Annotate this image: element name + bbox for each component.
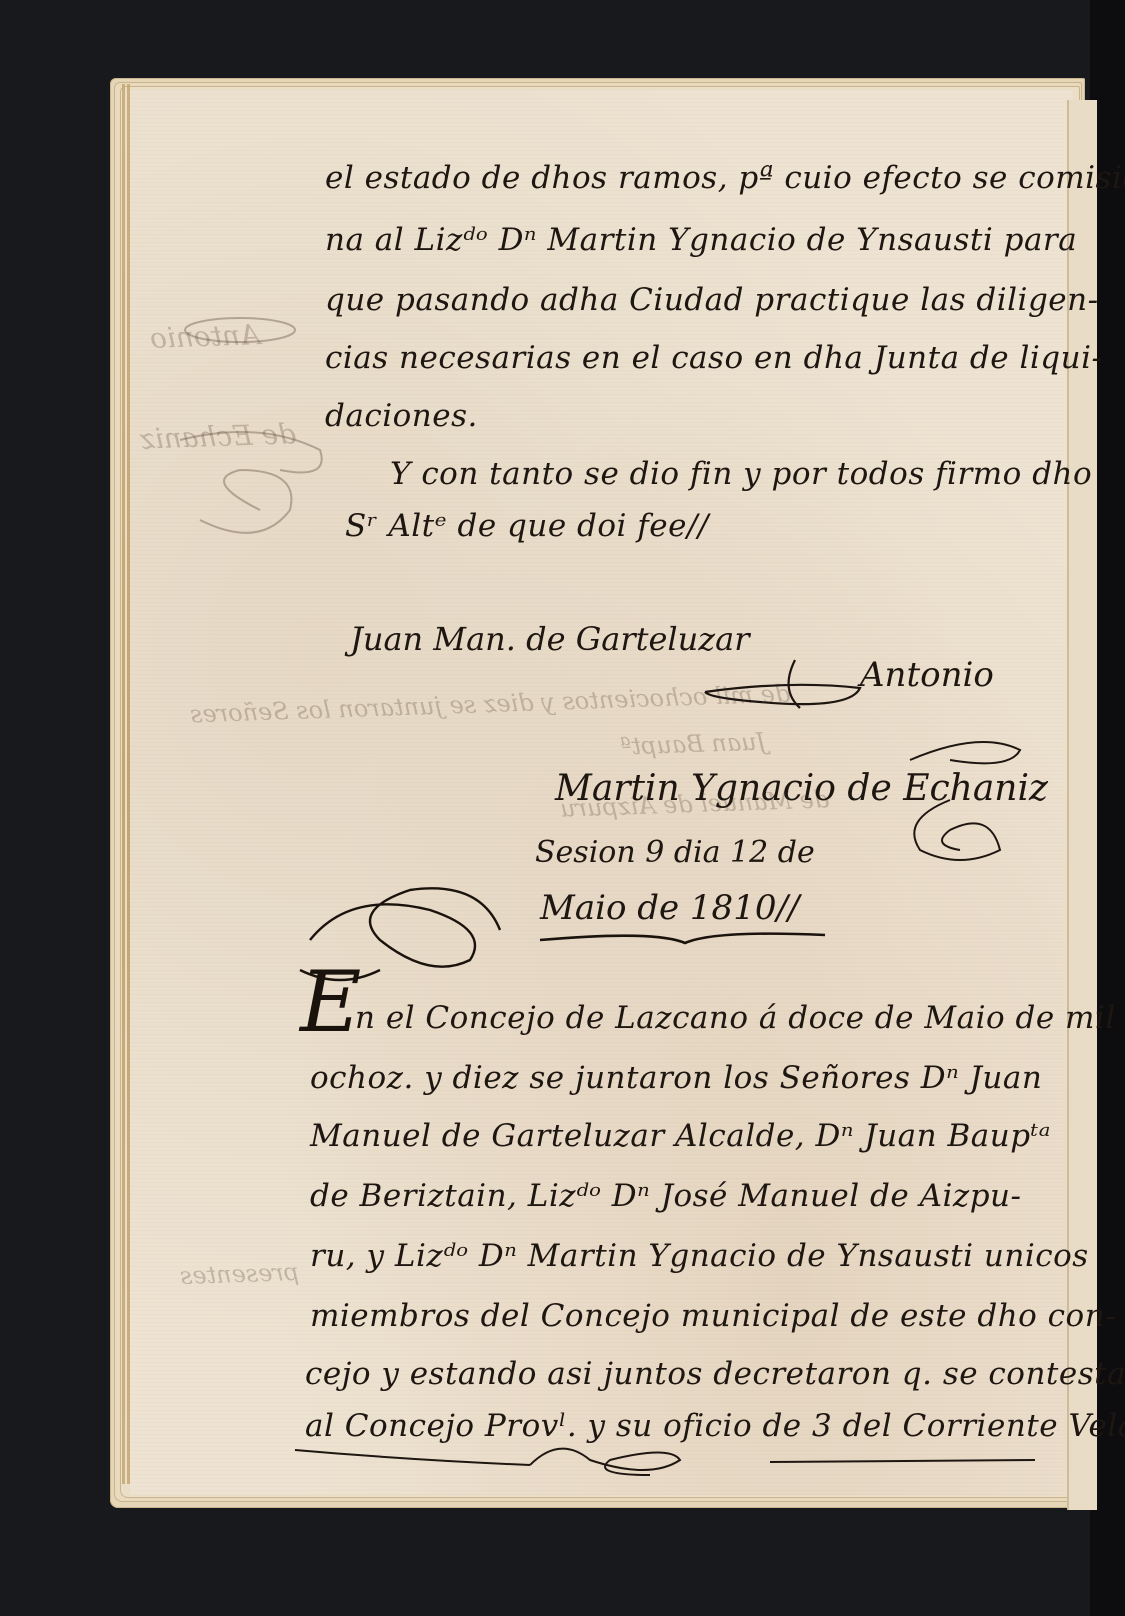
text-line: Y con tanto se dio fin y por todos firmo… bbox=[390, 456, 1092, 492]
text-line: na al Lizᵈᵒ Dⁿ Martin Ygnacio de Ynsaust… bbox=[325, 222, 1077, 258]
text-line: al Concejo Provˡ. y su oficio de 3 del C… bbox=[305, 1408, 1125, 1444]
signature-garteluzar: Juan Man. de Garteluzar bbox=[350, 620, 750, 658]
signature-antonio: Antonio bbox=[860, 655, 994, 695]
signature-paraph-icon bbox=[890, 730, 1030, 870]
drop-cap: E bbox=[300, 960, 361, 1044]
text-line: ru, y Lizᵈᵒ Dⁿ Martin Ygnacio de Ynsaust… bbox=[310, 1238, 1089, 1274]
text-line: ochoz. y diez se juntaron los Señores Dⁿ… bbox=[310, 1060, 1042, 1096]
text-line: que pasando adha Ciudad practique las di… bbox=[325, 282, 1099, 318]
text-line: de Beriztain, Lizᵈᵒ Dⁿ José Manuel de Ai… bbox=[310, 1178, 1022, 1214]
text-line: daciones. bbox=[325, 398, 478, 434]
bleed-flourish-icon bbox=[140, 310, 340, 550]
text-line: miembros del Concejo municipal de este d… bbox=[310, 1298, 1116, 1334]
session-heading: Sesion 9 dia 12 de bbox=[535, 835, 815, 870]
date-underline-icon bbox=[535, 925, 835, 955]
text-line: cejo y estando asi juntos decretaron q. … bbox=[305, 1356, 1125, 1392]
closing-flourish-icon bbox=[290, 1440, 1050, 1490]
text-line: el estado de dhos ramos, pª cuio efecto … bbox=[325, 160, 1125, 196]
text-line: cias necesarias en el caso en dha Junta … bbox=[325, 340, 1103, 376]
bleed-through-text: Juan Bauptª bbox=[620, 727, 767, 760]
text-line: n el Concejo de Lazcano á doce de Maio d… bbox=[355, 1000, 1116, 1036]
session-date: Maio de 1810// bbox=[540, 888, 799, 928]
bleed-through-text: presentes bbox=[180, 1258, 300, 1290]
page-edge-line bbox=[122, 84, 125, 1484]
text-line: Sʳ Altᵉ de que doi fee// bbox=[345, 508, 709, 544]
text-line: Manuel de Garteluzar Alcalde, Dⁿ Juan Ba… bbox=[310, 1118, 1051, 1154]
